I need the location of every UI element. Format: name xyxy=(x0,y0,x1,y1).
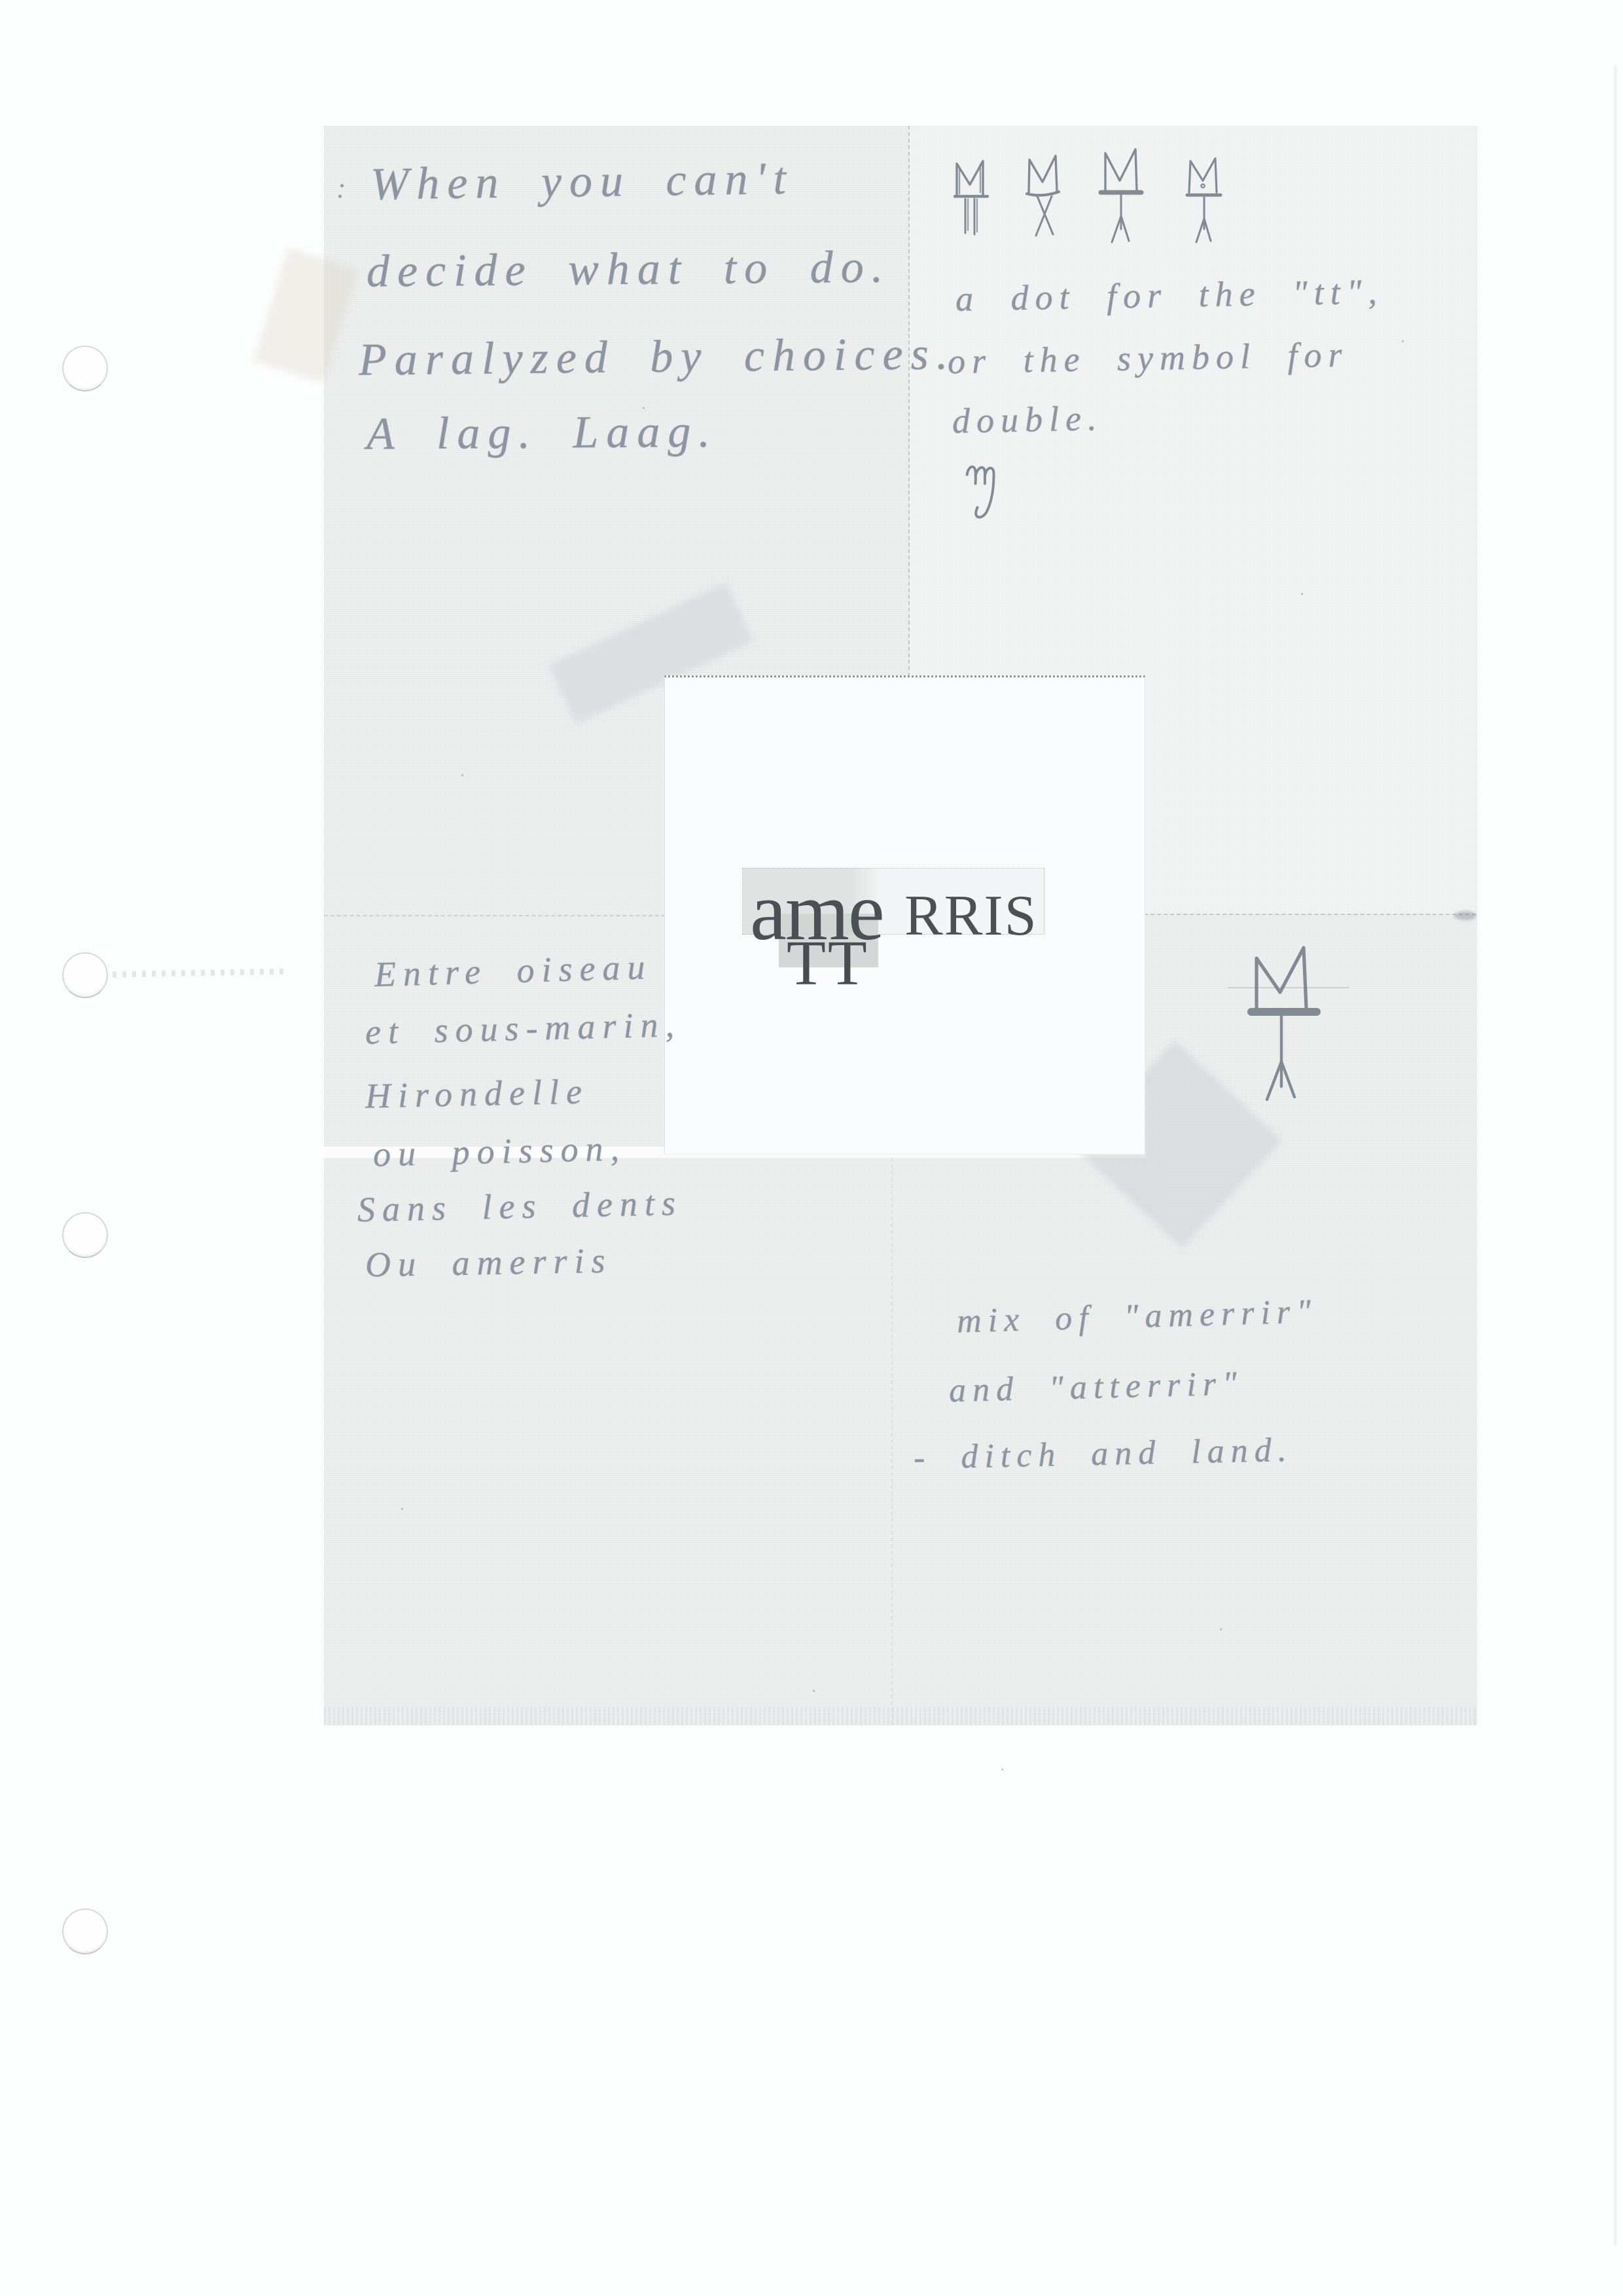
m-bird-glyph-parallel-legs-icon xyxy=(950,156,996,241)
hole-punch xyxy=(62,952,108,998)
note-line: A lag. Laag. xyxy=(366,406,718,461)
dust-speck xyxy=(1220,1628,1222,1630)
m-bird-glyph-fishtail-icon xyxy=(1098,147,1153,246)
dust-speck xyxy=(1402,340,1404,342)
scanned-page: ame RRIS TT : When you can't decide what… xyxy=(0,0,1623,2296)
hole-punch xyxy=(62,1212,108,1258)
cursive-m-with-tail-icon xyxy=(961,453,1021,526)
paper-seam-vertical-top xyxy=(908,126,910,677)
dust-speck xyxy=(1301,593,1303,595)
hole-punch xyxy=(62,1909,108,1954)
m-bird-glyph-dot-fishtail-icon xyxy=(1181,152,1229,250)
seam-smudge xyxy=(1454,911,1476,920)
paper-seam-horizontal-right xyxy=(1144,914,1476,915)
note-line: Ou amerris xyxy=(365,1240,613,1285)
note-line: Entre oiseau xyxy=(374,946,652,995)
dust-speck xyxy=(401,1508,403,1510)
collage-bottom-edge xyxy=(324,1707,1477,1725)
faint-pencil-line xyxy=(1228,987,1349,988)
note-line: double. xyxy=(952,398,1103,442)
dust-speck xyxy=(1001,1768,1003,1770)
paper-seam-horizontal-left xyxy=(324,915,666,916)
dust-speck xyxy=(461,774,463,776)
note-line: and "atterrir" xyxy=(948,1365,1243,1410)
pencil-smudge xyxy=(113,969,287,978)
pencil-margin-mark: : xyxy=(336,171,346,205)
note-line: or the symbol for xyxy=(948,334,1349,382)
scan-edge-shadow xyxy=(1614,65,1617,2245)
dust-speck xyxy=(813,1690,815,1692)
note-line: decide what to do. xyxy=(366,242,891,298)
m-bird-glyph-fishtail-large-icon xyxy=(1241,940,1339,1118)
note-line: et sous-marin, xyxy=(365,1004,681,1052)
hole-punch xyxy=(62,346,108,391)
note-line: Sans les dents xyxy=(357,1183,683,1230)
dust-speck xyxy=(643,407,645,409)
logo-text-tt: TT xyxy=(787,931,869,996)
note-line: Paralyzed by choices. xyxy=(359,328,956,387)
note-line: When you can't xyxy=(370,152,794,211)
logo-text-caps: RRIS xyxy=(904,888,1038,945)
note-line: a dot for the "tt", xyxy=(955,271,1384,319)
note-line: - ditch and land. xyxy=(913,1431,1293,1477)
note-line: Hirondelle xyxy=(365,1071,589,1116)
m-bird-glyph-crossed-legs-icon xyxy=(1021,151,1072,245)
paper-seam-vertical-bottom xyxy=(891,1158,893,1725)
note-line: ou poisson, xyxy=(372,1128,626,1174)
